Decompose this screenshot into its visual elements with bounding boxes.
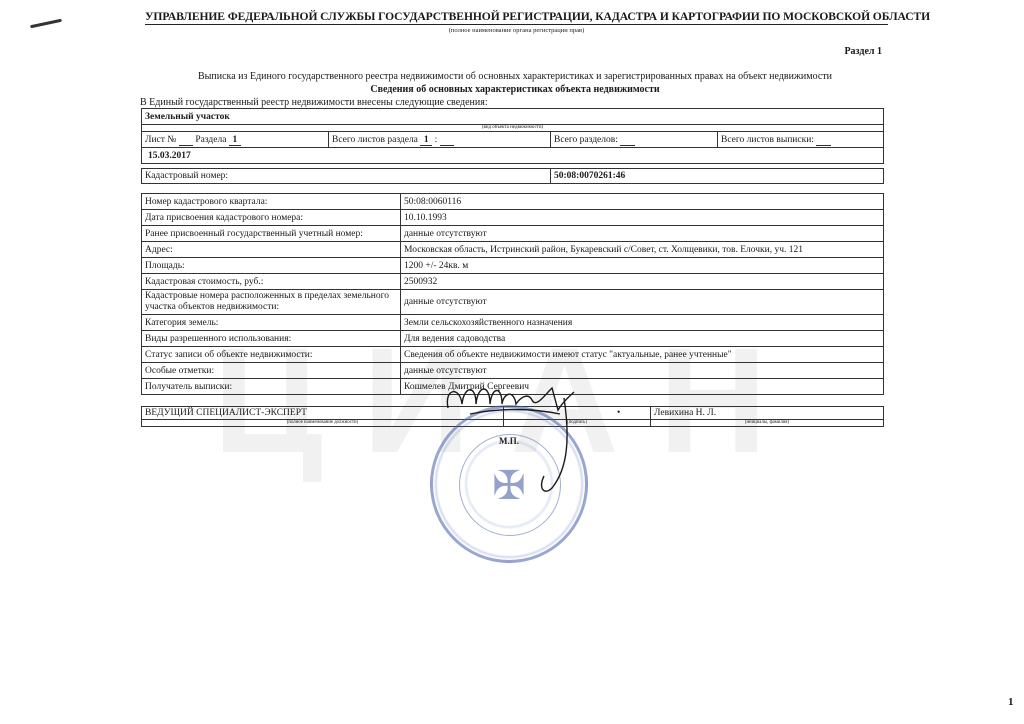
- extract-date: 15.03.2017: [142, 148, 884, 164]
- section-value: 1: [229, 135, 241, 146]
- properties-table: Номер кадастрового квартала:50:08:006011…: [141, 193, 884, 395]
- table-row: Особые отметки:данные отсутствуют: [142, 363, 884, 379]
- table-row: Виды разрешенного использования:Для веде…: [142, 331, 884, 347]
- property-value: Сведения об объекте недвижимости имеют с…: [401, 347, 884, 363]
- property-label: Адрес:: [142, 242, 401, 258]
- sheet-cell: Лист № ___ Раздела 1: [142, 132, 329, 148]
- section-label: Раздел 1: [820, 46, 882, 57]
- property-value: данные отсутствуют: [401, 226, 884, 242]
- property-label: Категория земель:: [142, 315, 401, 331]
- total-sheets-section-label: Всего листов раздела: [332, 135, 418, 145]
- property-value: 1200 +/- 24кв. м: [401, 258, 884, 274]
- property-value: данные отсутствуют: [401, 290, 884, 315]
- org-caption: (полное наименование органа регистрации …: [145, 27, 888, 34]
- total-sections-cell: Всего разделов: ___: [551, 132, 718, 148]
- sheet-label: Лист №: [145, 135, 176, 145]
- total-sheets-section-blank: ___: [440, 135, 454, 146]
- org-title: УПРАВЛЕНИЕ ФЕДЕРАЛЬНОЙ СЛУЖБЫ ГОСУДАРСТВ…: [145, 10, 888, 25]
- total-sections-blank: ___: [620, 135, 634, 146]
- table-row: Кадастровые номера расположенных в преде…: [142, 290, 884, 315]
- property-label: Кадастровые номера расположенных в преде…: [142, 290, 401, 315]
- property-value: Московская область, Истринский район, Бу…: [401, 242, 884, 258]
- property-label: Кадастровая стоимость, руб.:: [142, 274, 401, 290]
- total-sheets-section-cell: Всего листов раздела 1 : ___: [329, 132, 551, 148]
- property-label: Ранее присвоенный государственный учетны…: [142, 226, 401, 242]
- object-type-caption: (вид объекта недвижимости): [142, 125, 884, 132]
- total-sections-label: Всего разделов:: [554, 135, 618, 145]
- property-label: Статус записи об объекте недвижимости:: [142, 347, 401, 363]
- total-sheets-extract-blank: ___: [816, 135, 830, 146]
- total-sheets-extract-cell: Всего листов выписки: ___: [718, 132, 884, 148]
- property-value: 50:08:0060116: [401, 194, 884, 210]
- header-table: Земельный участок (вид объекта недвижимо…: [141, 108, 884, 184]
- cadastral-number-label: Кадастровый номер:: [142, 169, 551, 184]
- object-type: Земельный участок: [142, 109, 884, 125]
- table-row: Адрес:Московская область, Истринский рай…: [142, 242, 884, 258]
- signer-name: Левихина Н. Л.: [651, 407, 884, 420]
- intro-text: В Единый государственный реестр недвижим…: [140, 97, 488, 108]
- section-word: Раздела: [195, 135, 226, 145]
- property-value: 10.10.1993: [401, 210, 884, 226]
- table-row: Площадь:1200 +/- 24кв. м: [142, 258, 884, 274]
- table-row: Категория земель:Земли сельскохозяйствен…: [142, 315, 884, 331]
- page-number: 1: [1008, 696, 1014, 708]
- sheet-blank: ___: [179, 135, 193, 146]
- property-value: 2500932: [401, 274, 884, 290]
- cadastral-number-value: 50:08:0070261:46: [551, 169, 884, 184]
- property-value: данные отсутствуют: [401, 363, 884, 379]
- table-row: Статус записи об объекте недвижимости:Св…: [142, 347, 884, 363]
- extract-title: Выписка из Единого государственного реес…: [145, 71, 885, 82]
- property-value: Для ведения садоводства: [401, 331, 884, 347]
- property-label: Получатель выписки:: [142, 379, 401, 395]
- property-label: Номер кадастрового квартала:: [142, 194, 401, 210]
- pen-mark: [30, 19, 62, 29]
- total-sheets-section-value: 1: [420, 135, 432, 146]
- property-label: Виды разрешенного использования:: [142, 331, 401, 347]
- name-caption: (инициалы, фамилия): [651, 420, 884, 427]
- table-row: Номер кадастрового квартала:50:08:006011…: [142, 194, 884, 210]
- handwritten-signature: [440, 378, 590, 498]
- table-row: Кадастровая стоимость, руб.:2500932: [142, 274, 884, 290]
- property-label: Площадь:: [142, 258, 401, 274]
- table-row: Дата присвоения кадастрового номера:10.1…: [142, 210, 884, 226]
- property-value: Земли сельскохозяйственного назначения: [401, 315, 884, 331]
- property-label: Особые отметки:: [142, 363, 401, 379]
- total-sheets-extract-label: Всего листов выписки:: [721, 135, 814, 145]
- table-row: Ранее присвоенный государственный учетны…: [142, 226, 884, 242]
- extract-subtitle: Сведения об основных характеристиках объ…: [145, 84, 885, 95]
- property-label: Дата присвоения кадастрового номера:: [142, 210, 401, 226]
